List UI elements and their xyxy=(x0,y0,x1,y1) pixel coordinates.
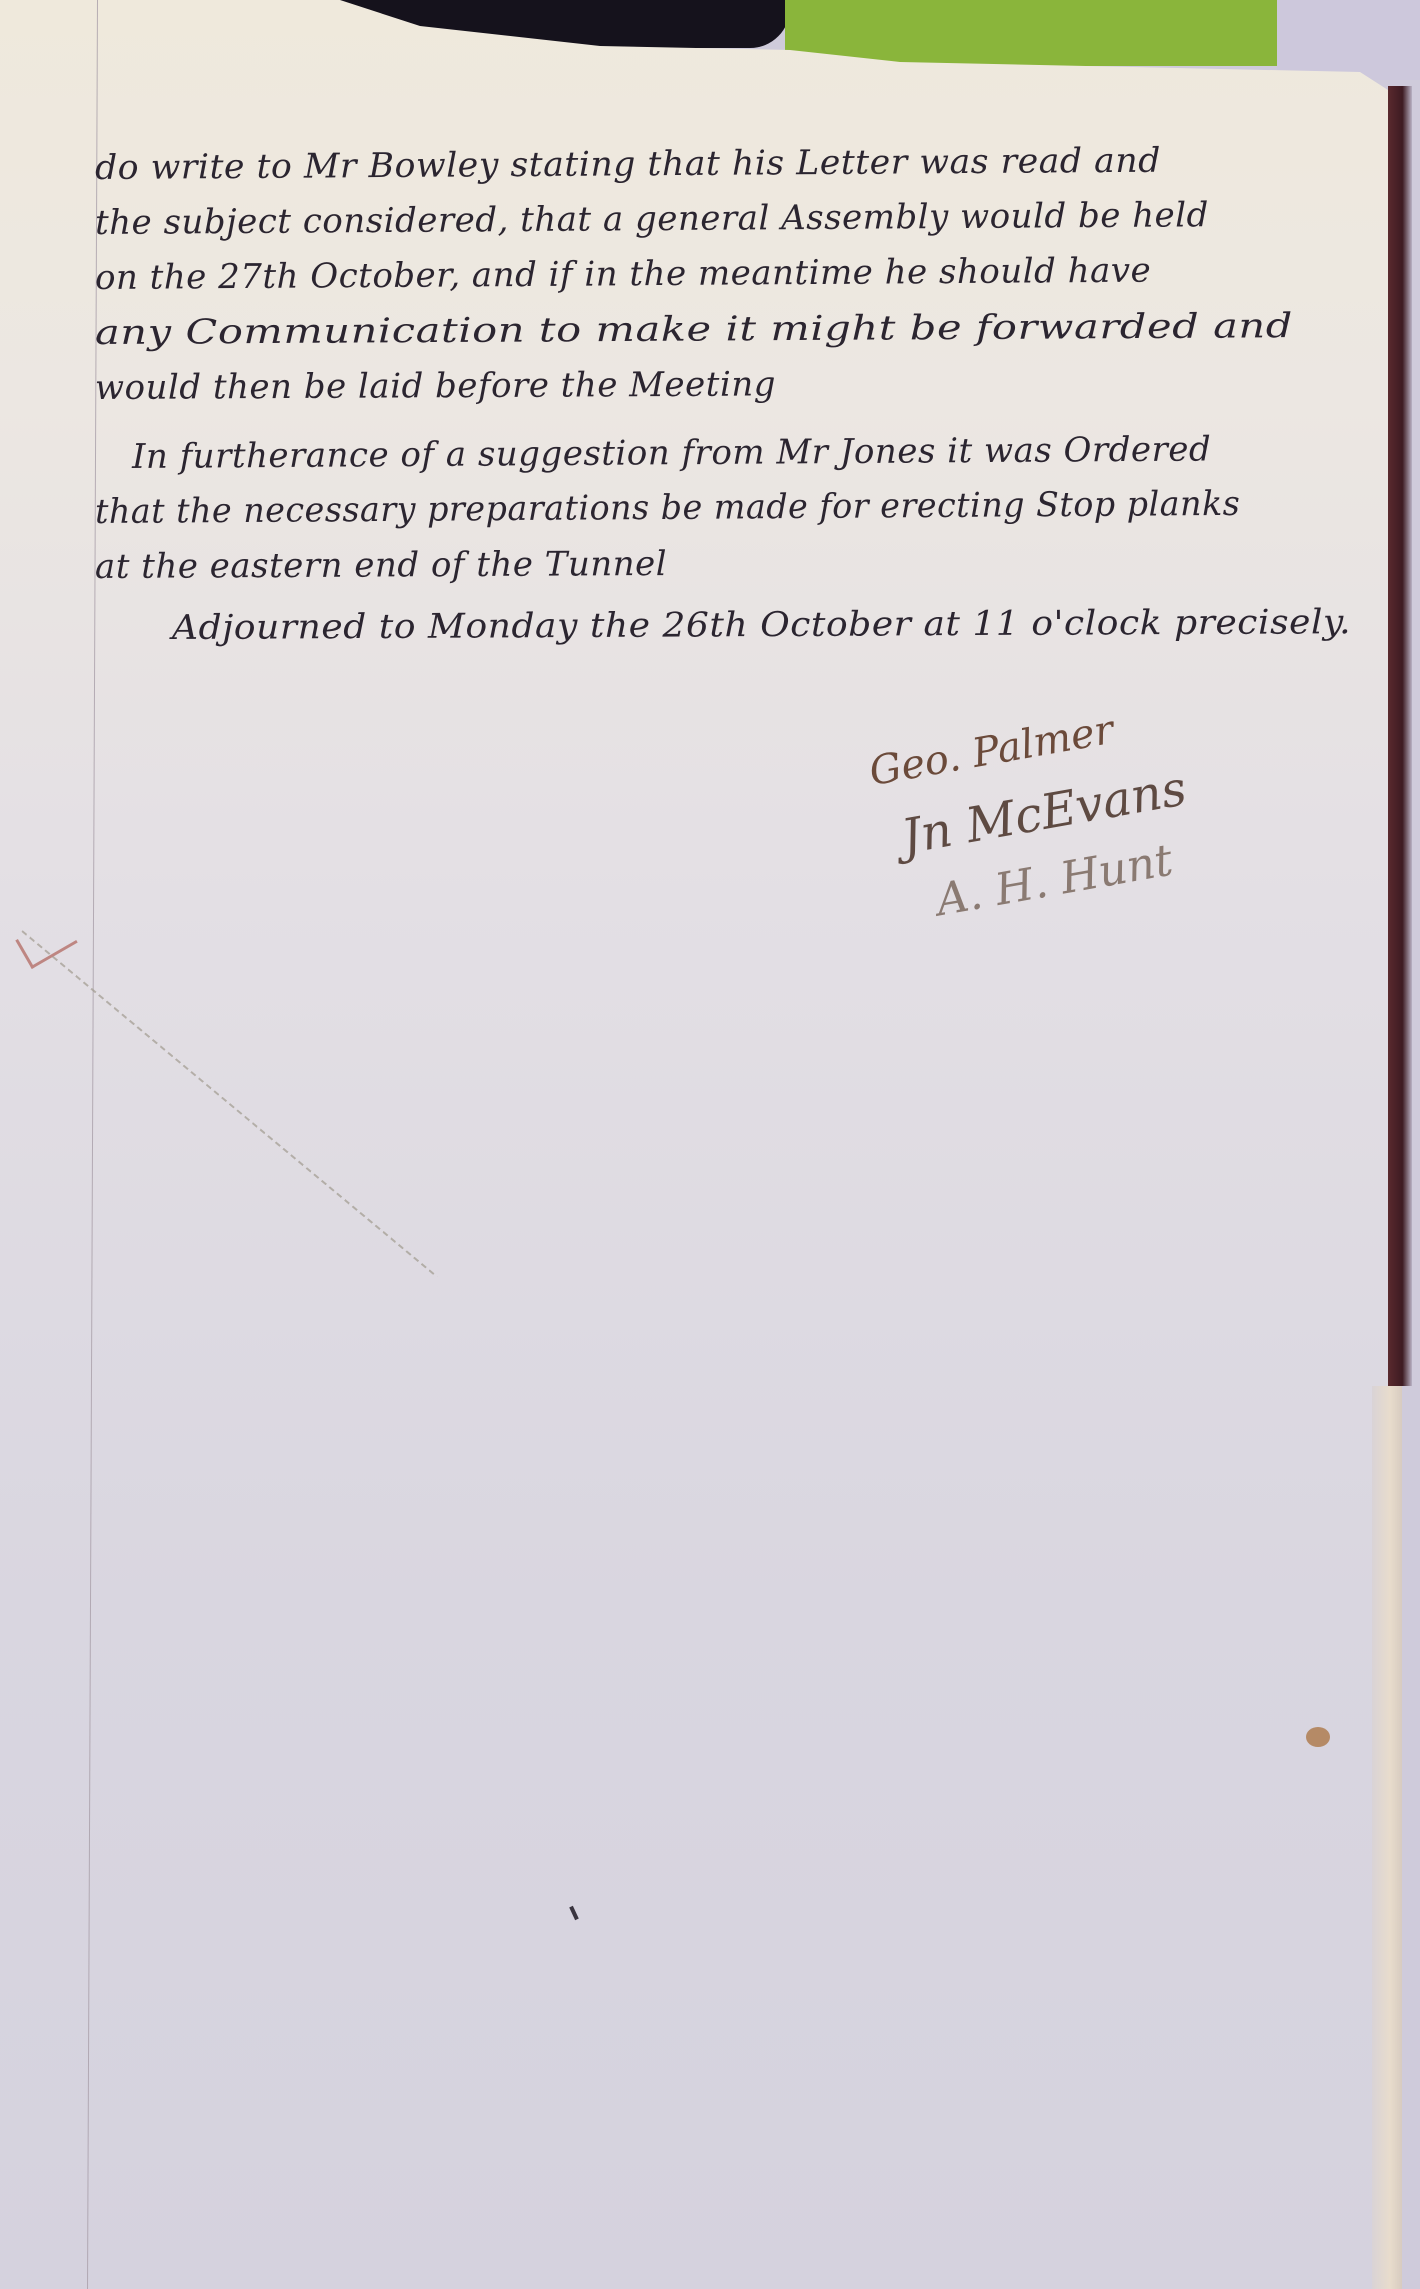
text-line-1: do write to Mr Bowley stating that his L… xyxy=(95,141,1161,188)
text-line-6: In furtherance of a suggestion from Mr J… xyxy=(132,429,1212,477)
text-line-4: any Communication to make it might be fo… xyxy=(95,306,1293,353)
text-line-5: would then be laid before the Meeting xyxy=(95,364,776,408)
text-line-3: on the 27th October, and if in the meant… xyxy=(95,251,1151,298)
text-line-2: the subject considered, that a general A… xyxy=(95,195,1209,243)
text-line-7: that the necessary preparations be made … xyxy=(95,484,1241,532)
ink-spot xyxy=(1306,1727,1330,1747)
text-line-9: Adjourned to Monday the 26th October at … xyxy=(172,602,1351,648)
green-object-background xyxy=(785,0,1277,66)
book-binding-edge xyxy=(1388,86,1412,1386)
page-edge xyxy=(1372,1386,1402,2289)
text-line-8: at the eastern end of the Tunnel xyxy=(95,544,667,587)
table-background xyxy=(1277,0,1420,80)
